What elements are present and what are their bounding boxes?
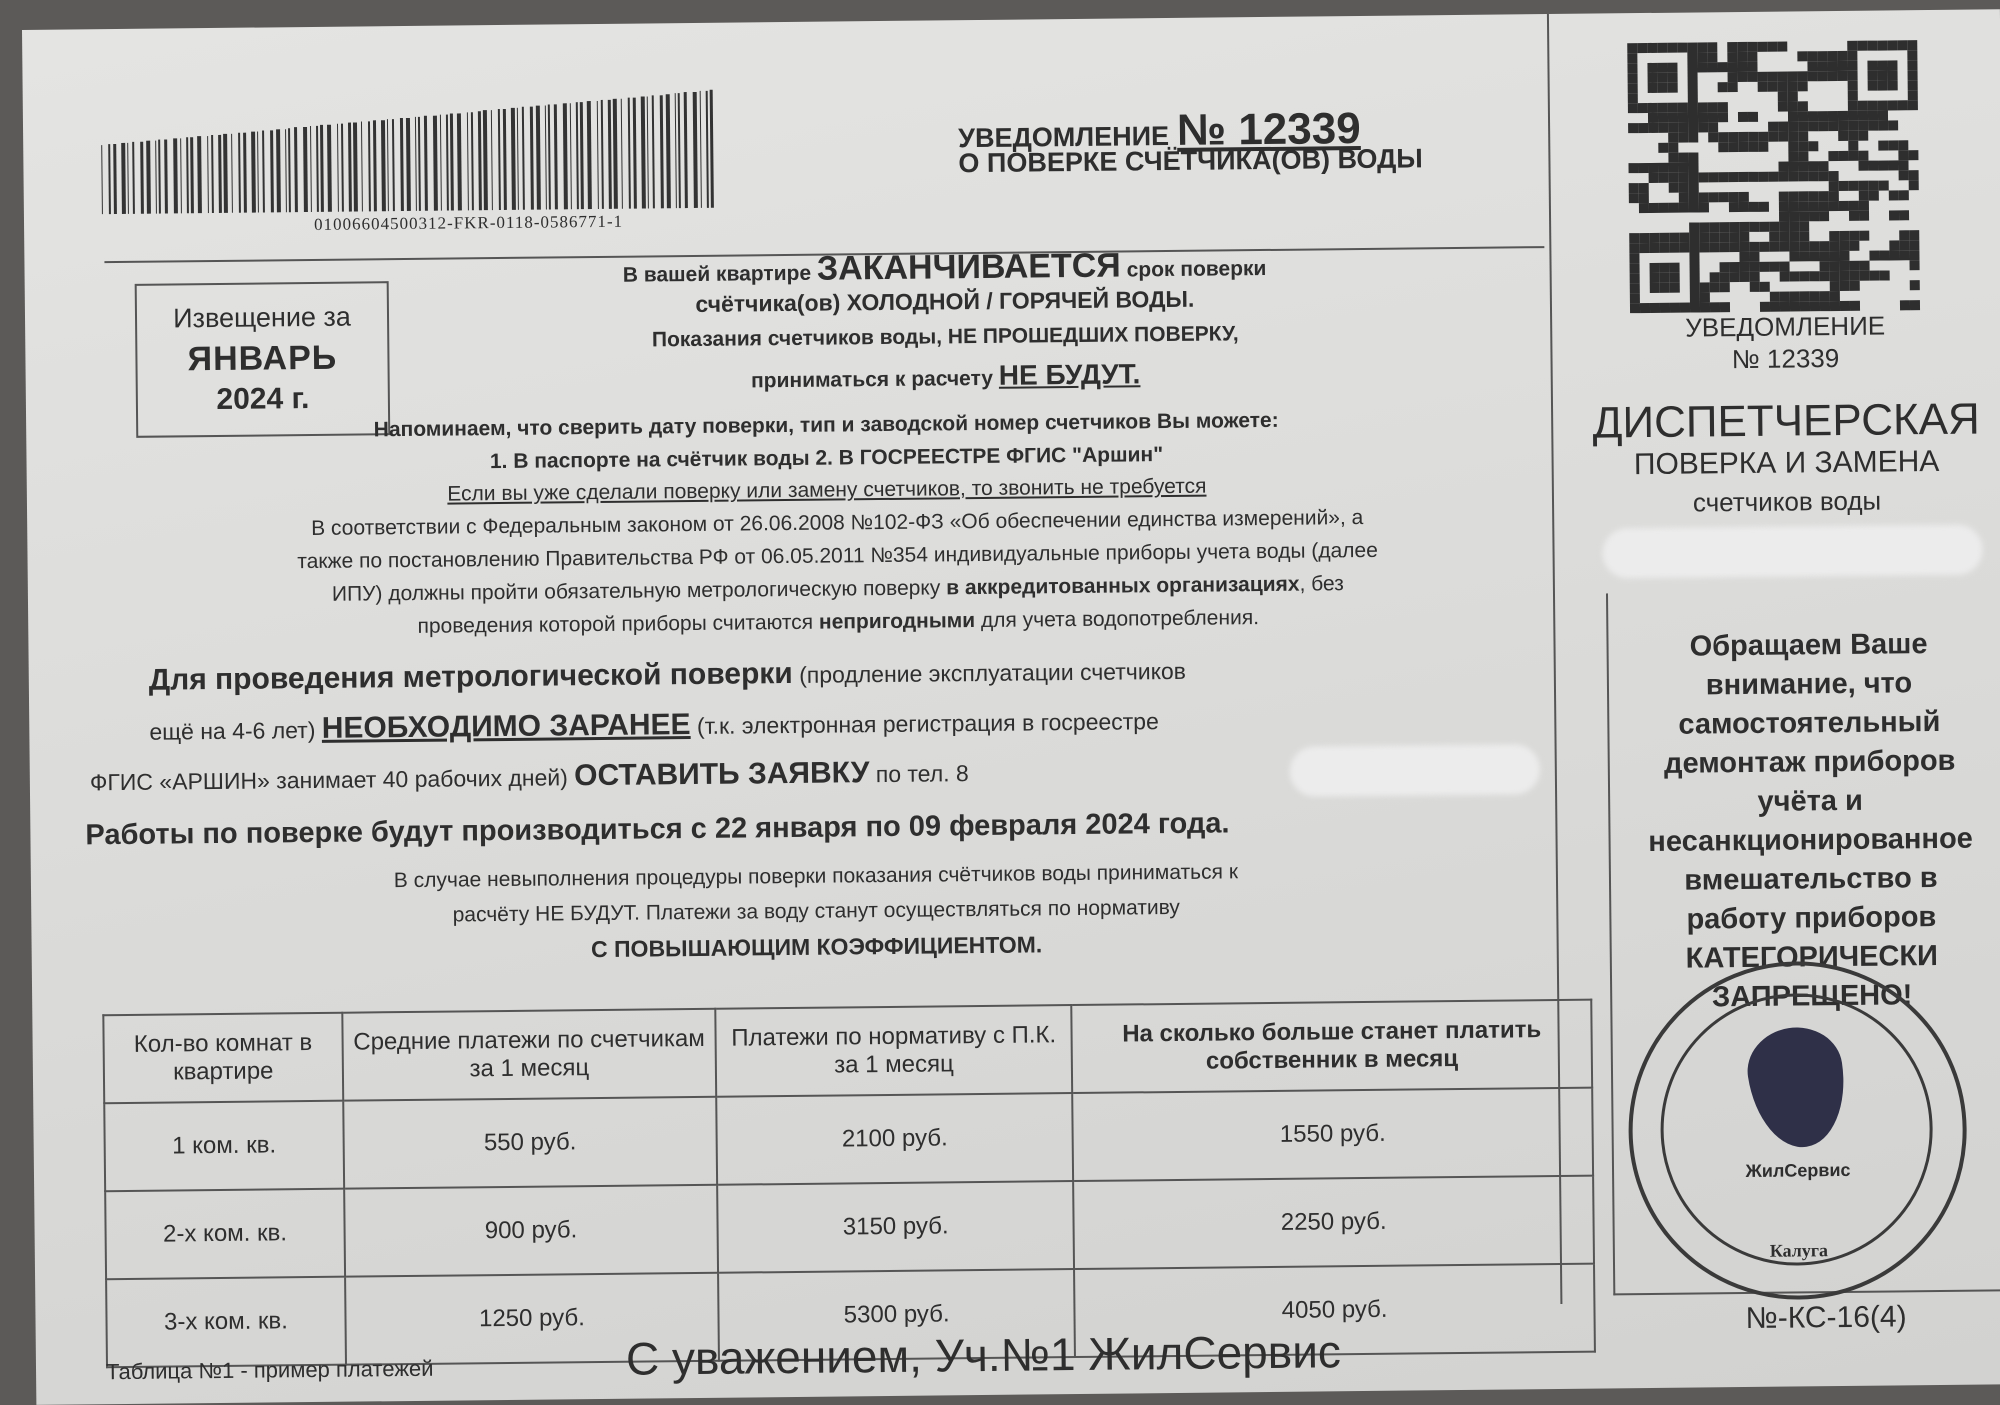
- barcode-number: 01006604500312-FKR-0118-0586771-1: [314, 212, 623, 235]
- barcode: [101, 91, 922, 215]
- table-cell: 1550 руб.: [1072, 1088, 1593, 1181]
- sidebar-service: ПОВЕРКА И ЗАМЕНА: [1576, 444, 1996, 482]
- qr-code: [1627, 40, 1920, 313]
- warning-text: Обращаем Вашевнимание, чтосамостоятельны…: [1608, 624, 2000, 1018]
- month-box-year: 2024 г.: [138, 381, 388, 418]
- sidebar-dispatch: ДИСПЕТЧЕРСКАЯ: [1561, 394, 2000, 449]
- consequence-line-2: расчёту НЕ БУДУТ. Платежи за воду станут…: [141, 893, 1491, 931]
- company-stamp: ЖилСервис Калуга: [1627, 960, 1969, 1302]
- redacted-phone: [1602, 524, 1983, 578]
- sidebar-notice-label: УВЕДОМЛЕНИЕ: [1585, 309, 1985, 344]
- procedure-line-2: ещё на 4-6 лет) НЕОБХОДИМО ЗАРАНЕЕ (т.к.…: [149, 699, 1549, 748]
- table-cell: 3-х ком. кв.: [106, 1277, 346, 1367]
- table-row: 1 ком. кв.550 руб.2100 руб.1550 руб.: [104, 1088, 1593, 1192]
- stamp-city: Калуга: [1634, 1239, 1964, 1263]
- sidebar-notice-number: № 12339: [1585, 341, 1985, 376]
- table-header-cell: Кол-во комнат в квартире: [103, 1013, 343, 1103]
- month-box-label: Извещение за: [137, 301, 387, 335]
- stamp-company: ЖилСервис: [1633, 1159, 1963, 1183]
- table-cell: 3150 руб.: [717, 1181, 1074, 1273]
- table-header-cell: На сколько больше станет платить собстве…: [1072, 1000, 1593, 1093]
- consequence-line-3: С ПОВЫШАЮЩИМ КОЭФФИЦИЕНТОМ.: [142, 927, 1492, 968]
- table-header-row: Кол-во комнат в квартиреСредние платежи …: [103, 1000, 1592, 1104]
- sidebar-service-sub: счетчиков воды: [1577, 484, 1997, 519]
- intro-line-4: приниматься к расчету НЕ БУДУТ.: [446, 355, 1446, 397]
- month-box: Извещение за ЯНВАРЬ 2024 г.: [135, 281, 391, 438]
- table-cell: 550 руб.: [343, 1097, 717, 1189]
- table-header-cell: Платежи по нормативу с П.К. за 1 месяц: [715, 1005, 1072, 1097]
- redacted-phone: [1290, 744, 1541, 797]
- intro-line-3: Показания счетчиков воды, НЕ ПРОШЕДШИХ П…: [445, 320, 1445, 354]
- consequence-line-1: В случае невыполнения процедуры поверки …: [141, 858, 1491, 896]
- reminder-line-2: 1. В паспорте на счётчик воды 2. В ГОСРЕ…: [176, 440, 1476, 478]
- table-header-cell: Средние платежи по счетчикам за 1 месяц: [342, 1009, 716, 1101]
- work-dates: Работы по поверке будут производиться с …: [85, 804, 1565, 852]
- payments-table: Кол-во комнат в квартиреСредние платежи …: [102, 999, 1596, 1369]
- notice-subtitle: О ПОВЕРКЕ СЧЁТЧИКА(ОВ) ВОДЫ: [958, 143, 1423, 179]
- table-row: 2-х ком. кв.900 руб.3150 руб.2250 руб.: [105, 1176, 1594, 1280]
- reminder-line-3: Если вы уже сделали поверку или замену с…: [177, 472, 1477, 510]
- form-code: №-КС-16(4): [1745, 1300, 1906, 1336]
- table-cell: 2-х ком. кв.: [105, 1189, 345, 1279]
- table-cell: 1 ком. кв.: [104, 1101, 344, 1191]
- notice-sheet: 01006604500312-FKR-0118-0586771-1 УВЕДОМ…: [22, 9, 2000, 1405]
- law-line-2: также по постановлению Правительства РФ …: [137, 537, 1537, 576]
- table-cell: 900 руб.: [344, 1185, 718, 1277]
- month-box-month: ЯНВАРЬ: [137, 338, 387, 380]
- procedure-line-1: Для проведения метрологической поверки (…: [149, 649, 1549, 698]
- signature: С уважением, Уч.№1 ЖилСервис: [626, 1324, 1341, 1385]
- table-cell: 2100 руб.: [716, 1093, 1073, 1185]
- law-line-1: В соответствии с Федеральным законом от …: [137, 504, 1537, 543]
- law-line-3: ИПУ) должны пройти обязательную метролог…: [138, 570, 1538, 609]
- table-caption: Таблица №1 - пример платежей: [106, 1356, 434, 1385]
- table-cell: 2250 руб.: [1073, 1176, 1594, 1269]
- law-line-4: проведения которой приборы считаются неп…: [138, 603, 1538, 642]
